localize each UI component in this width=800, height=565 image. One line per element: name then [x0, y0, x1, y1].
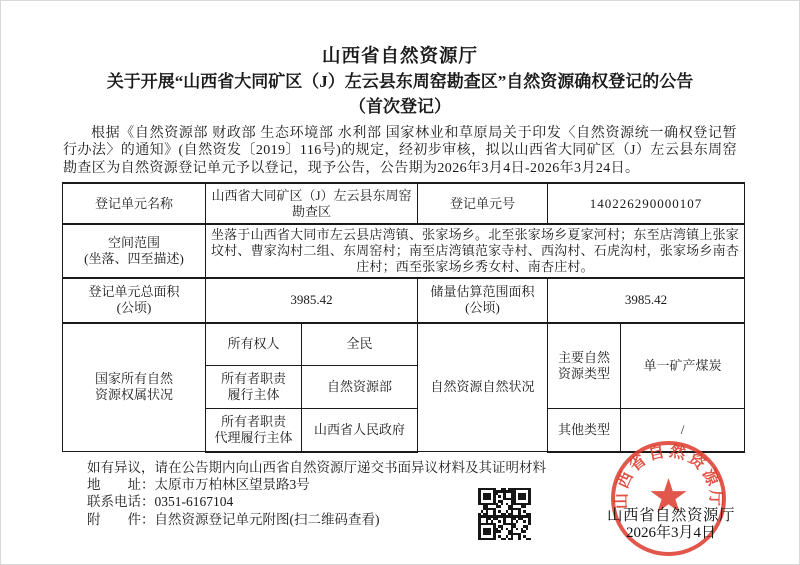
main-type-label-line2: 资源类型: [552, 366, 616, 382]
seal-signature-block: 山西省自然资源厅 2026年3月4日: [597, 507, 745, 542]
unit-no-value: 140226290000107: [548, 183, 745, 224]
owner-label: 所有权人: [206, 323, 302, 366]
total-area-label-line2: (公顷): [67, 300, 201, 316]
table-row: 登记单元总面积 (公顷) 3985.42 储量估算范围面积 (公顷) 3985.…: [63, 278, 745, 323]
table-row: 登记单元名称 山西省大同矿区（J）左云县东周窑勘查区 登记单元号 1402262…: [63, 183, 745, 224]
seal-date: 2026年3月4日: [597, 525, 745, 542]
main-type-label-line1: 主要自然: [552, 350, 616, 366]
reserve-area-label-line1: 储量估算范围面积: [422, 284, 543, 300]
org-title: 山西省自然资源厅: [1, 47, 799, 67]
natural-status-label: 自然资源自然状况: [418, 323, 548, 452]
agent-performer-value: 山西省人民政府: [302, 409, 418, 452]
duty-performer-label-line1: 所有者职责: [210, 371, 297, 387]
ownership-label-line1: 国家所有自然: [67, 371, 201, 387]
scope-label-line2: (坐落、四至描述): [67, 251, 201, 267]
unit-no-label: 登记单元号: [418, 183, 548, 224]
scope-value: 坐落于山西省大同市左云县店湾镇、张家场乡。北至张家场乡夏家河村；东至店湾镇上张家…: [206, 224, 745, 277]
subtitle-first-registration: （首次登记）: [1, 97, 799, 116]
agent-performer-label-line2: 代理履行主体: [210, 430, 297, 446]
announcement-page: 山西省自然资源厅 关于开展“山西省大同矿区（J）左云县东周窑勘查区”自然资源确权…: [0, 0, 800, 565]
total-area-value: 3985.42: [206, 278, 418, 323]
official-seal-icon: 山西省自然资源厅: [603, 437, 735, 565]
duty-performer-label: 所有者职责 履行主体: [206, 366, 302, 409]
registration-table: 登记单元名称 山西省大同矿区（J）左云县东周窑勘查区 登记单元号 1402262…: [62, 182, 745, 452]
ownership-label-line2: 资源权属状况: [67, 387, 201, 403]
total-area-label-line1: 登记单元总面积: [67, 284, 201, 300]
unit-name-label: 登记单元名称: [63, 183, 206, 224]
intro-paragraph: 根据《自然资源部 财政部 生态环境部 水利部 国家林业和草原局关于印发〈自然资源…: [63, 125, 737, 177]
agent-performer-label-line1: 所有者职责: [210, 414, 297, 430]
reserve-area-value: 3985.42: [548, 278, 745, 323]
notice-title: 关于开展“山西省大同矿区（J）左云县东周窑勘查区”自然资源确权登记的公告: [11, 72, 789, 92]
agent-performer-label: 所有者职责 代理履行主体: [206, 409, 302, 452]
qr-code-icon: [478, 488, 531, 540]
owner-value: 全民: [302, 323, 418, 366]
table-row: 国家所有自然 资源权属状况 所有权人 全民 自然资源自然状况 主要自然 资源类型…: [63, 323, 745, 366]
duty-performer-value: 自然资源部: [302, 366, 418, 409]
ownership-label: 国家所有自然 资源权属状况: [63, 323, 206, 452]
unit-name-value: 山西省大同矿区（J）左云县东周窑勘查区: [206, 183, 418, 224]
reserve-area-label: 储量估算范围面积 (公顷): [418, 278, 548, 323]
main-type-label: 主要自然 资源类型: [548, 323, 621, 409]
scope-label-line1: 空间范围: [67, 235, 201, 251]
scope-label: 空间范围 (坐落、四至描述): [63, 224, 206, 277]
seal-org-name: 山西省自然资源厅: [597, 507, 745, 524]
main-type-value: 单一矿产煤炭: [621, 323, 745, 409]
duty-performer-label-line2: 履行主体: [210, 387, 297, 403]
reserve-area-label-line2: (公顷): [422, 300, 543, 316]
table-row: 空间范围 (坐落、四至描述) 坐落于山西省大同市左云县店湾镇、张家场乡。北至张家…: [63, 224, 745, 277]
total-area-label: 登记单元总面积 (公顷): [63, 278, 206, 323]
